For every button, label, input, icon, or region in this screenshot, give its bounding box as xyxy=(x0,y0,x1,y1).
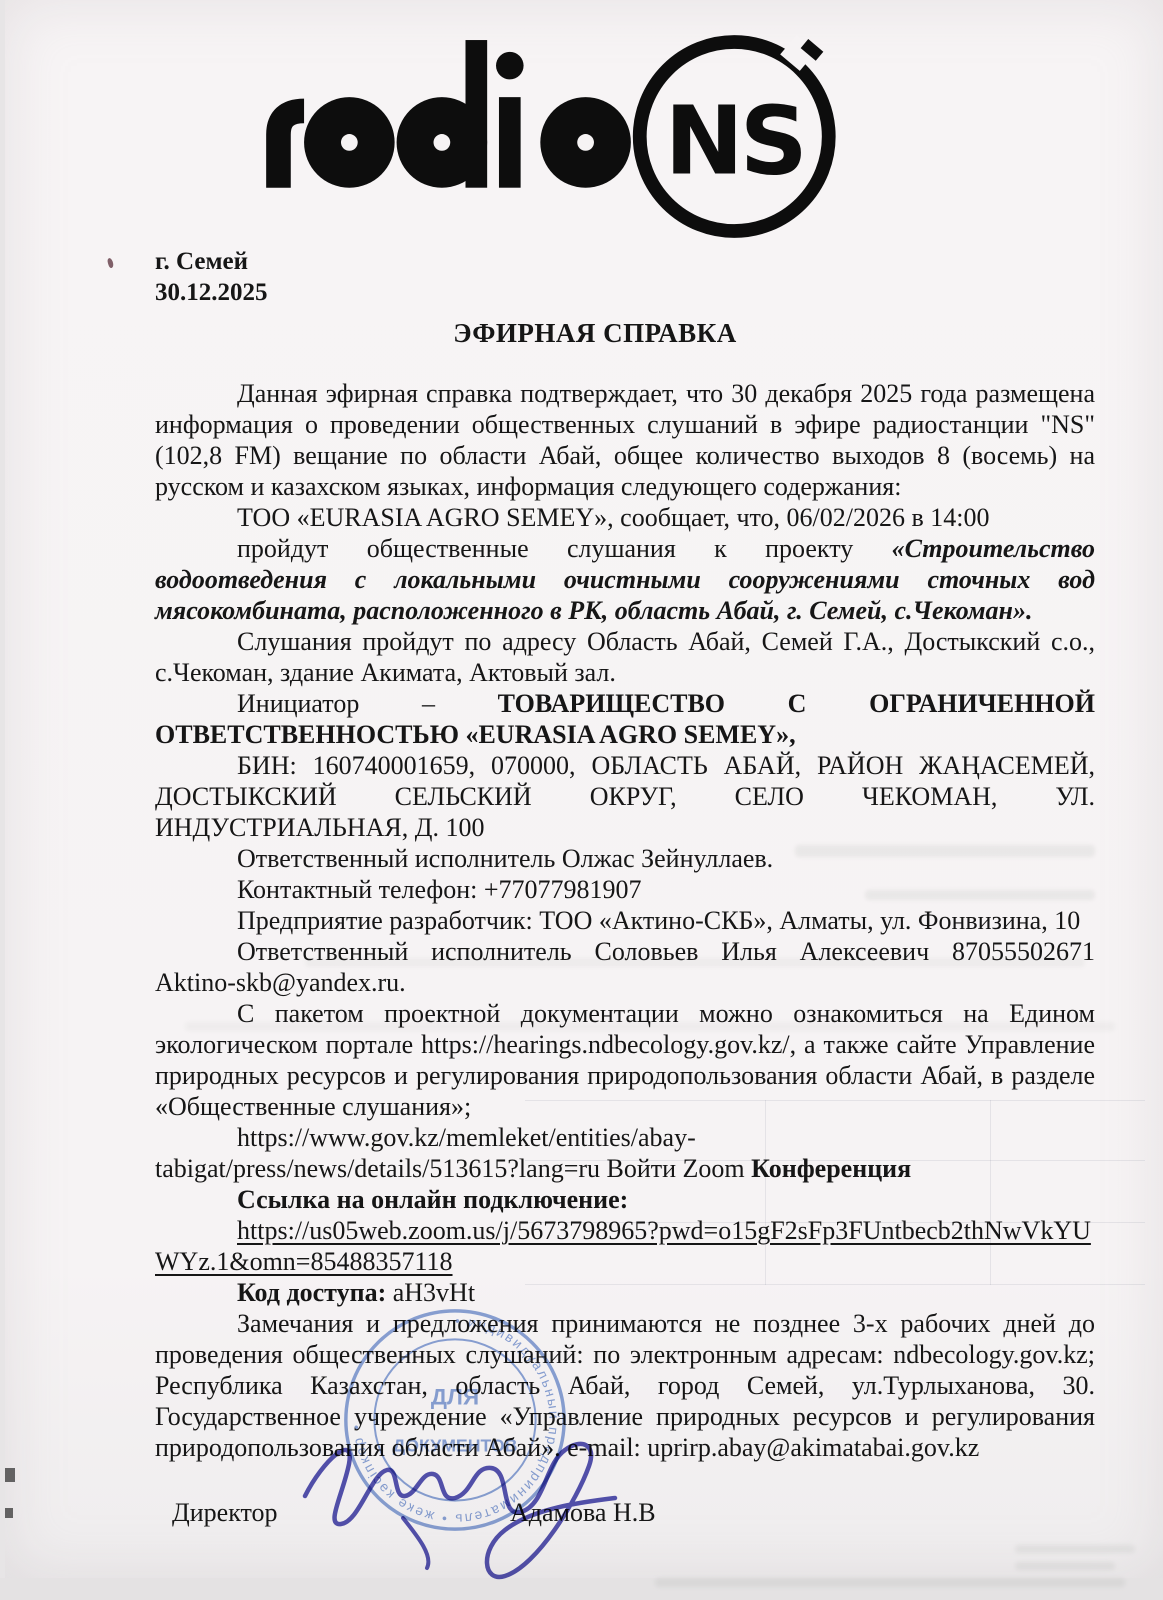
logo-letter-i xyxy=(499,97,521,188)
paragraph-10: Ответственный исполнитель Соловьев Илья … xyxy=(155,936,1095,998)
paragraph-8: Контактный телефон: +77077981907 xyxy=(155,874,1095,905)
paragraph-1: Данная эфирная справка подтверждает, что… xyxy=(155,378,1095,502)
handwritten-signature xyxy=(283,1398,683,1588)
document-title: ЭФИРНАЯ СПРАВКА xyxy=(125,318,1065,349)
paragraph-5: Инициатор – ТОВАРИЩЕСТВО С ОГРАНИЧЕННОЙ … xyxy=(155,688,1095,750)
bleed-through-artifact xyxy=(1015,1545,1135,1553)
place-date-block: г. Семей 30.12.2025 xyxy=(155,246,268,308)
paragraph-15: Код доступа: aH3vHt xyxy=(155,1277,1095,1308)
paragraph-2: ТОО «EURASIA AGRO SEMEY», сообщает, что,… xyxy=(155,502,1095,533)
paragraph-9: Предприятие разработчик: ТОО «Актино-СКБ… xyxy=(155,905,1095,936)
paragraph-6: БИН: 160740001659, 070000, ОБЛАСТЬ АБАЙ,… xyxy=(155,750,1095,843)
city-line: г. Семей xyxy=(155,246,268,277)
scan-edge-mark xyxy=(5,1468,15,1482)
ink-speck xyxy=(107,257,115,268)
paragraph-12: https://www.gov.kz/memleket/entities/aba… xyxy=(155,1122,1095,1184)
scanned-document-page: { "colors": { "paper": "#f6f3f4", "text"… xyxy=(0,0,1163,1600)
paragraph-4: Слушания пройдут по адресу Область Абай,… xyxy=(155,626,1095,688)
bleed-through-artifact xyxy=(1015,1562,1115,1570)
paragraph-13: Ссылка на онлайн подключение: xyxy=(155,1184,1095,1215)
paper-sheet: NS г. Семей 30.12.2025 ЭФИРНАЯ СПРАВКА Д… xyxy=(5,0,1163,1578)
logo-ns-text: NS xyxy=(665,86,804,196)
paragraph-11: С пакетом проектной документации можно о… xyxy=(155,998,1095,1122)
paragraph-3: пройдут общественные слушания к проекту … xyxy=(155,533,1095,626)
radio-ns-logo: NS xyxy=(245,34,875,241)
scan-edge-mark xyxy=(5,1508,13,1518)
logo-letter-r xyxy=(278,111,304,188)
document-body: Данная эфирная справка подтверждает, что… xyxy=(155,378,1095,1463)
date-line: 30.12.2025 xyxy=(155,277,268,308)
paragraph-7: Ответственный исполнитель Олжас Зейнулла… xyxy=(155,843,1095,874)
signer-role: Директор xyxy=(172,1498,278,1528)
paragraph-14: https://us05web.zoom.us/j/5673798965?pwd… xyxy=(155,1215,1095,1277)
